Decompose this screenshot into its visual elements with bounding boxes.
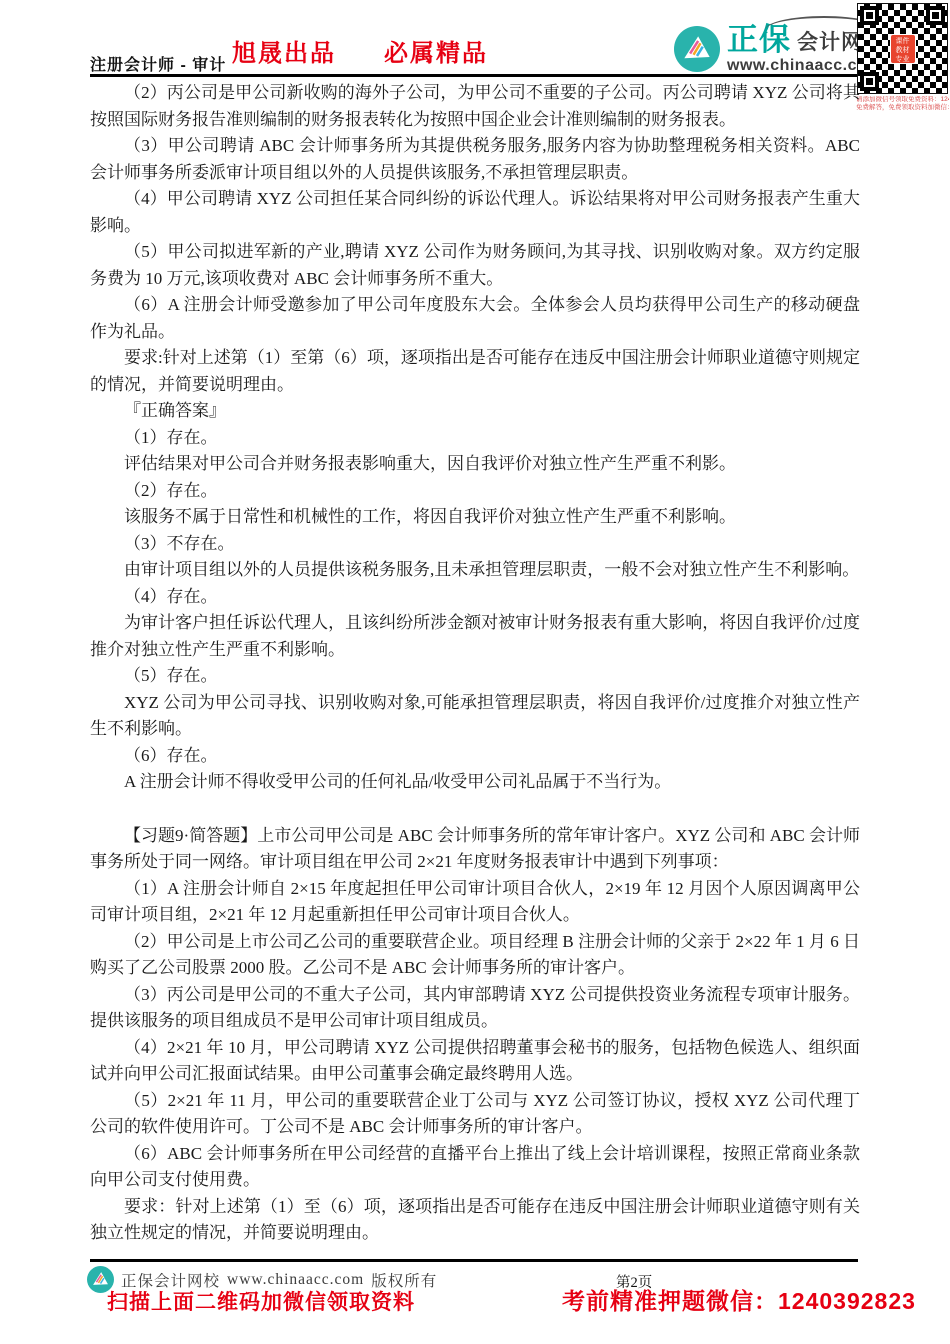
footer-divider [90, 1259, 858, 1262]
paragraph: （6）A 注册会计师受邀参加了甲公司年度股东大会。全体参会人员均获得甲公司生产的… [90, 292, 860, 345]
slogan-right: 必属精品 [384, 33, 488, 68]
document-page: 旭晟出品 必属精品 正保 会计网校 www.chinaacc.com 注册会计师… [0, 0, 950, 1344]
paragraph: （2）甲公司是上市公司乙公司的重要联营企业。项目经理 B 注册会计师的父亲于 2… [90, 929, 860, 982]
requirement-paragraph: 要求:针对上述第（1）至第（6）项，逐项指出是否可能存在违反中国注册会计师职业道… [90, 345, 860, 398]
paragraph: （6）存在。 [90, 743, 860, 770]
qr-finder-icon [860, 6, 879, 25]
paragraph: （5）存在。 [90, 663, 860, 690]
paragraph: （1）A 注册会计师自 2×15 年度起担任甲公司审计项目合伙人，2×19 年 … [90, 876, 860, 929]
document-body: （2）丙公司是甲公司新收购的海外子公司，为甲公司不重要的子公司。丙公司聘请 XY… [90, 80, 860, 1247]
paragraph: （1）存在。 [90, 425, 860, 452]
paragraph: （5）甲公司拟进军新的产业,聘请 XYZ 公司作为财务顾问,为其寻找、识别收购对… [90, 239, 860, 292]
paragraph: （4）存在。 [90, 584, 860, 611]
qr-caption-line: 请添加微信号领取免费资料：1240392823 [856, 96, 949, 104]
doc-title: 注册会计师 - 审计 [90, 52, 226, 75]
qr-finder-icon [860, 72, 879, 91]
qr-code: 课件 教材 专业 [857, 3, 948, 94]
section-gap [90, 796, 860, 823]
qr-center-badge: 课件 教材 专业 [890, 34, 916, 64]
footer-stamp-right: 考前精准押题微信：1240392823 [562, 1283, 916, 1316]
qr-badge-line: 专业 [891, 55, 915, 64]
exercise-9-heading: 【习题9·简答题】上市公司甲公司是 ABC 会计师事务所的常年审计客户。XYZ … [90, 823, 860, 876]
qr-badge-line: 课件 [891, 37, 915, 46]
brand-logo: 正保 会计网校 www.chinaacc.com [674, 24, 885, 74]
slogan-left: 旭晟出品 [232, 33, 336, 68]
paragraph: XYZ 公司为甲公司寻找、识别收购对象,可能承担管理层职责，将因自我评价/过度推… [90, 690, 860, 743]
brand-logo-icon [674, 26, 720, 72]
paragraph: （4）2×21 年 10 月，甲公司聘请 XYZ 公司提供招聘董事会秘书的服务，… [90, 1035, 860, 1088]
qr-finder-icon [926, 6, 945, 25]
paragraph: （6）ABC 会计师事务所在甲公司经营的直播平台上推出了线上会计培训课程，按照正… [90, 1141, 860, 1194]
requirement-paragraph: 要求：针对上述第（1）至（6）项，逐项指出是否可能存在违反中国注册会计师职业道德… [90, 1194, 860, 1247]
paragraph: （2）丙公司是甲公司新收购的海外子公司，为甲公司不重要的子公司。丙公司聘请 XY… [90, 80, 860, 133]
paragraph: （4）甲公司聘请 XYZ 公司担任某合同纠纷的诉讼代理人。诉讼结果将对甲公司财务… [90, 186, 860, 239]
qr-code-block: 课件 教材 专业 请添加微信号领取免费资料：1240392823 免费解答，免费… [856, 3, 949, 112]
paragraph: 为审计客户担任诉讼代理人，且该纠纷所涉金额对被审计财务报表有重大影响，将因自我评… [90, 610, 860, 663]
answer-heading: 『正确答案』 [90, 398, 860, 425]
paragraph: A 注册会计师不得收受甲公司的任何礼品/收受甲公司礼品属于不当行为。 [90, 769, 860, 796]
footer-stamp-left: 扫描上面二维码加微信领取资料 [107, 1286, 415, 1316]
header-divider [90, 74, 858, 77]
paragraph: （3）甲公司聘请 ABC 会计师事务所为其提供税务服务,服务内容为协助整理税务相… [90, 133, 860, 186]
paragraph: 该服务不属于日常性和机械性的工作，将因自我评价对独立性产生严重不利影响。 [90, 504, 860, 531]
paragraph: （3）不存在。 [90, 531, 860, 558]
paragraph: （5）2×21 年 11 月，甲公司的重要联营企业丁公司与 XYZ 公司签订协议… [90, 1088, 860, 1141]
qr-badge-line: 教材 [891, 46, 915, 55]
qr-caption: 请添加微信号领取免费资料：1240392823 免费解答，免费领取资料加微信：1… [856, 96, 949, 112]
paragraph: 评估结果对甲公司合并财务报表影响重大，因自我评价对独立性产生严重不利影。 [90, 451, 860, 478]
paragraph: （2）存在。 [90, 478, 860, 505]
qr-caption-line: 免费解答，免费领取资料加微信：1240392823 [856, 104, 949, 112]
paragraph: 由审计项目组以外的人员提供该税务服务,且未承担管理层职责，一般不会对独立性产生不… [90, 557, 860, 584]
paragraph: （3）丙公司是甲公司的不重大子公司，其内审部聘请 XYZ 公司提供投资业务流程专… [90, 982, 860, 1035]
